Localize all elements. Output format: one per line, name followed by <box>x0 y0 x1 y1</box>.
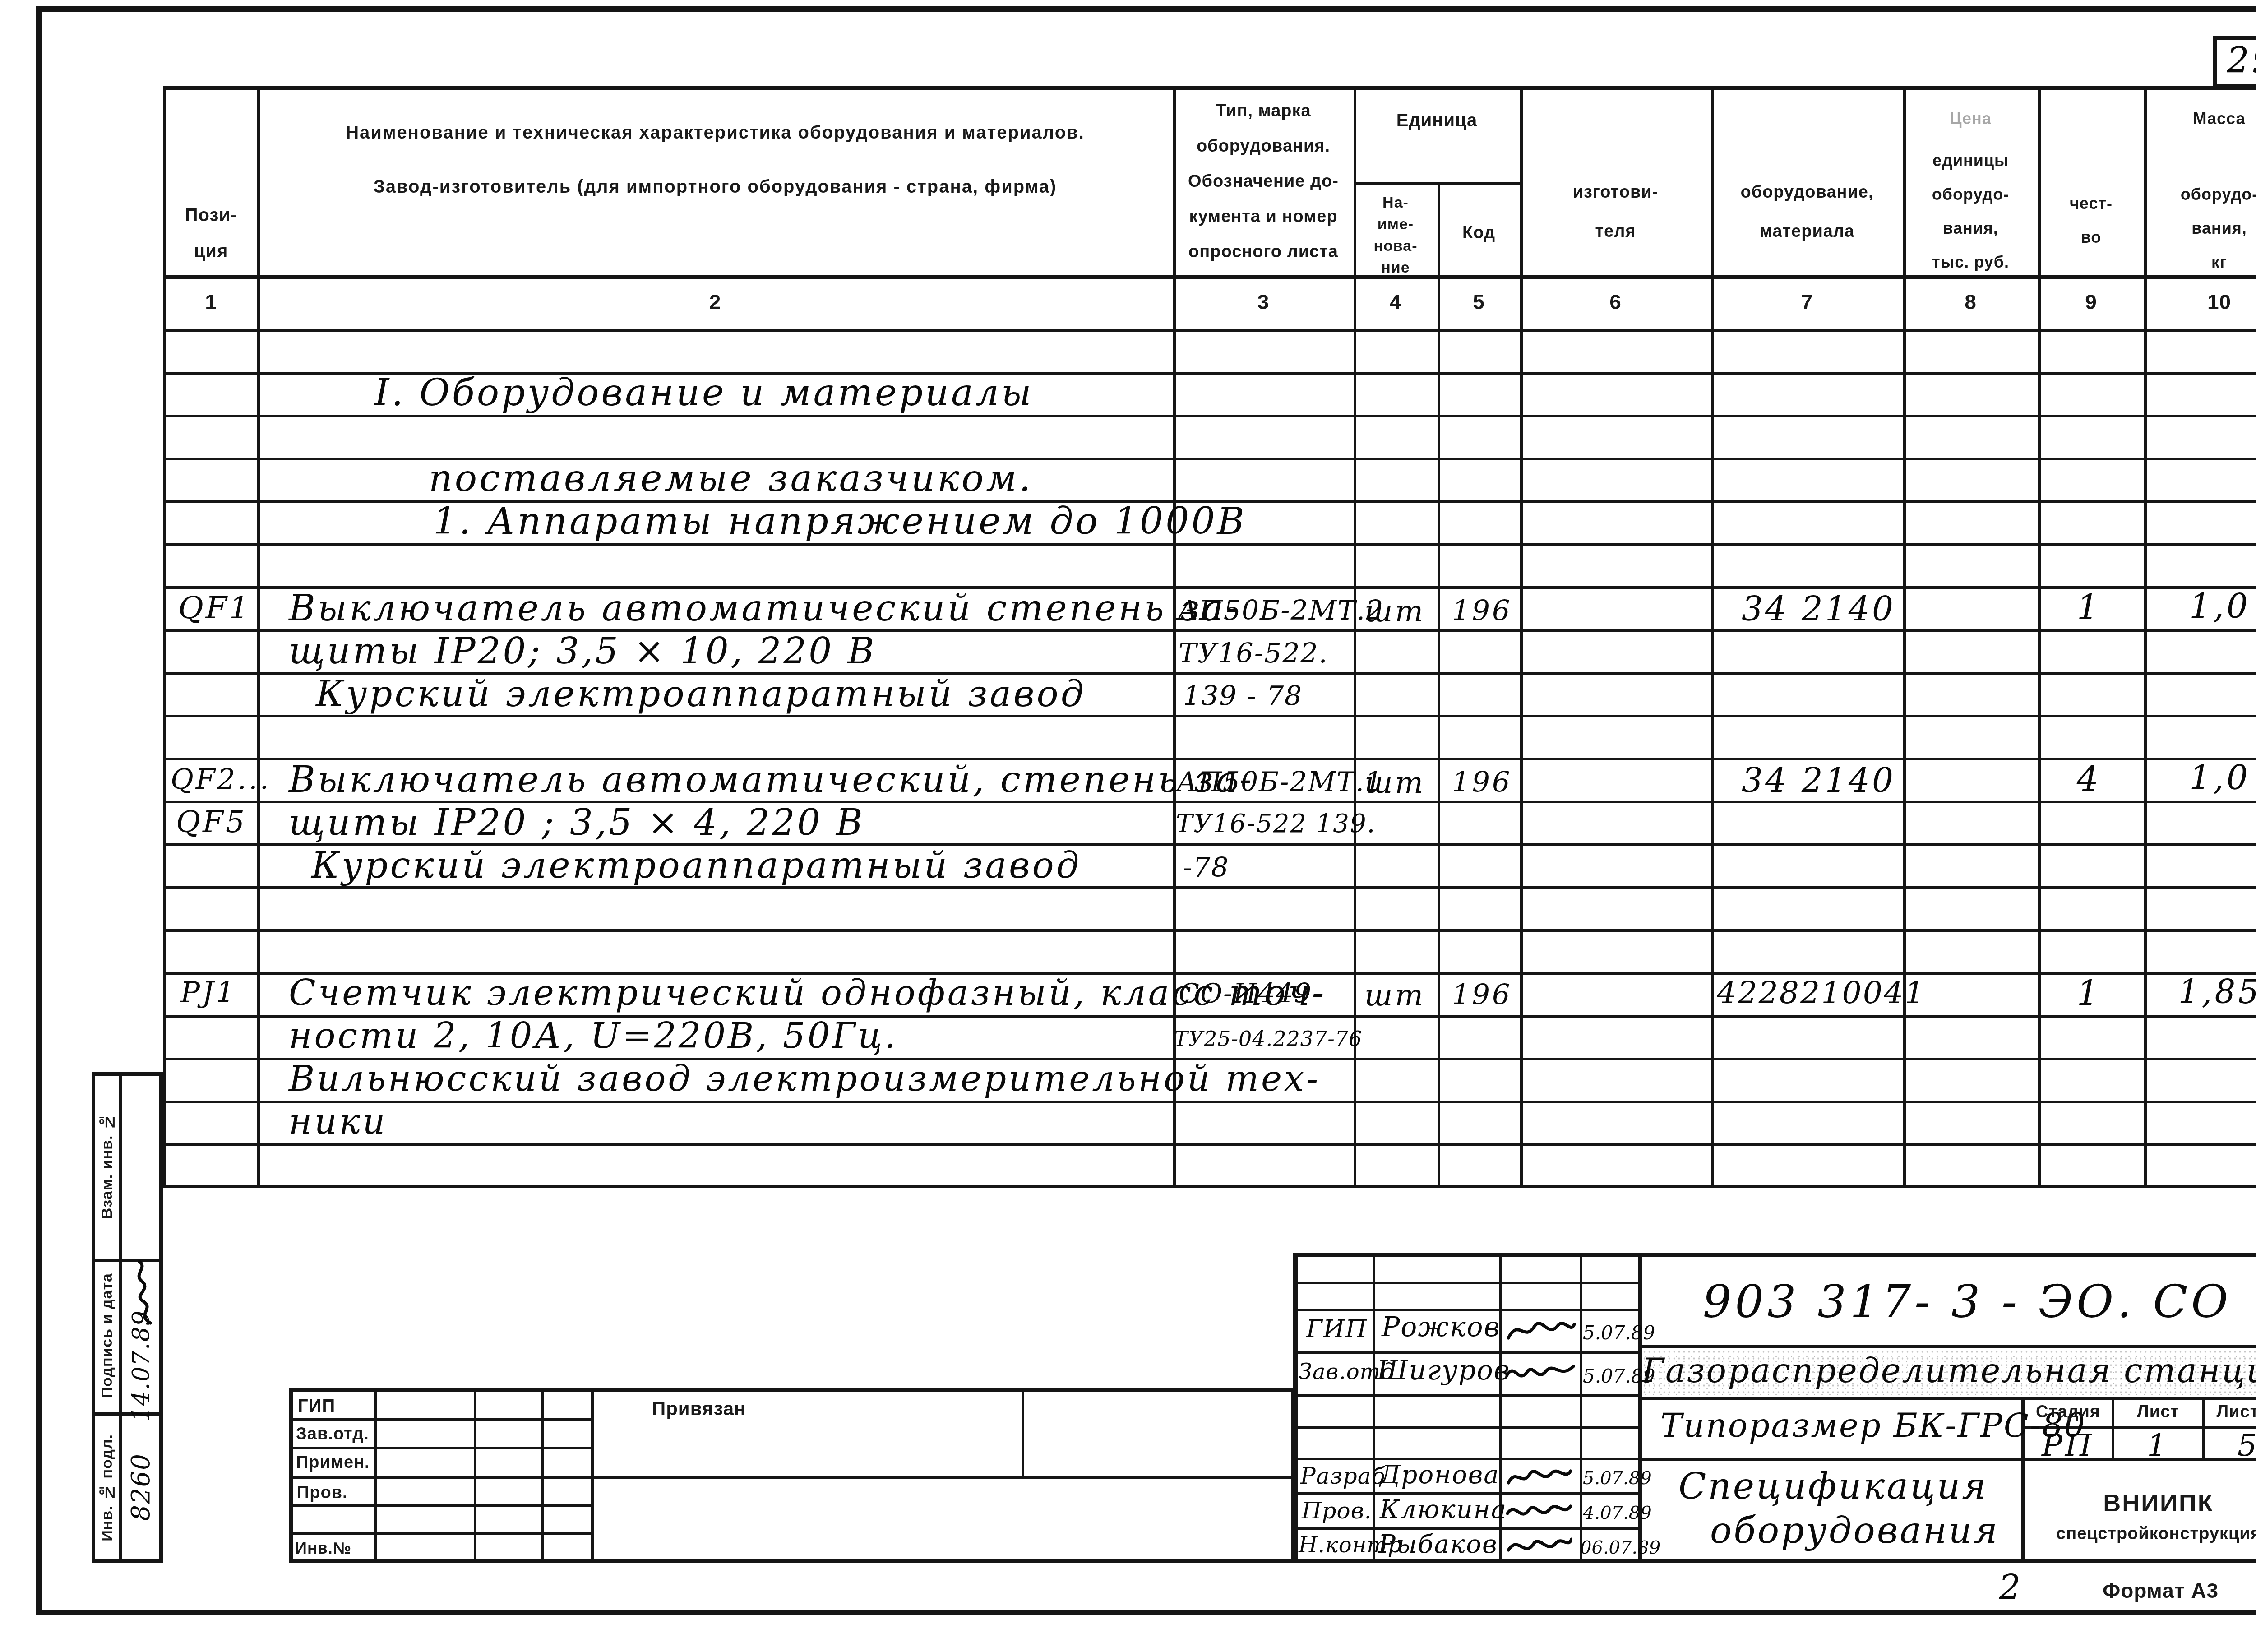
colnum-6: 6 <box>1520 290 1711 314</box>
row-qty: 4 <box>2048 761 2130 797</box>
sidebar-date-value: 14.07.89 <box>122 1322 161 1409</box>
row-code: 196 <box>1452 980 1512 1009</box>
row-code: 196 <box>1452 767 1512 796</box>
row-name-l0: Выключатель автоматический степень за- <box>289 589 1240 627</box>
header-type-l2: Обозначение до- <box>1173 172 1354 191</box>
row-type-l0: АП50Б-2МТ.1 <box>1177 768 1383 796</box>
footer-sheet-number: 2 <box>1999 1569 2023 1606</box>
row-qty: 1 <box>2048 975 2130 1011</box>
header-pos-2: ция <box>165 241 257 262</box>
header-unit-name-l3: ние <box>1354 259 1438 277</box>
header-price-l2: вания, <box>1903 219 2038 238</box>
row-name-l2: Вильнюсский завод электроизмерительной т… <box>289 1061 1320 1098</box>
attach-label-gip: ГИП <box>298 1396 335 1416</box>
row-name-l2: Курский электроаппаратный завод <box>311 847 1081 884</box>
row-type-l0: СО-И449 <box>1179 980 1312 1008</box>
header-qty-l0: чест- <box>2038 194 2144 213</box>
section-title-1b: поставляемые заказчиком. <box>429 459 1033 498</box>
header-name-line2: Завод-изготовитель (для импортного обору… <box>257 177 1173 197</box>
attach-label-inv: Инв.№ <box>295 1539 351 1558</box>
sig-name-gip: Рожков <box>1382 1313 1501 1342</box>
row-type-l1: ТУ25-04.2237-76 <box>1174 1028 1362 1050</box>
sig-role-prov: Пров. <box>1302 1499 1372 1523</box>
sig-date-razrab: 5.07.89 <box>1583 1469 1652 1488</box>
row-equip-code: 34 2140 <box>1742 764 1895 799</box>
doc-title-line2: оборудования <box>1710 1512 1999 1550</box>
object-name: Газораспределительная станция <box>1642 1354 2256 1389</box>
header-mass-l2: кг <box>2144 253 2256 272</box>
specification-sheet: 29 Пози- ция Наименование и техническая … <box>0 0 2256 1652</box>
row-name-l0: Выключатель автоматический, степень за- <box>289 761 1254 799</box>
row-qty: 1 <box>2048 589 2130 625</box>
row-unit: шт <box>1364 767 1425 798</box>
stage-label: Стадия <box>2025 1402 2112 1422</box>
sidebar-label-inv: Инв. № подл. <box>95 1416 119 1560</box>
row-type-l1: ТУ16-522. <box>1179 639 1328 668</box>
org-name-line2: спецстройконструкция <box>2025 1524 2256 1544</box>
row-unit: шт <box>1364 596 1425 627</box>
row-type-l2: 139 - 78 <box>1183 682 1303 711</box>
colnum-2: 2 <box>257 290 1173 314</box>
header-type-l1: оборудования. <box>1173 137 1354 156</box>
header-mass-top: Масса <box>2144 109 2256 128</box>
row-code: 196 <box>1452 596 1512 625</box>
signature-icon <box>1505 1533 1572 1560</box>
signature-icon <box>1505 1358 1577 1390</box>
row-pos: QF1 <box>178 592 251 624</box>
section-subtitle-1: 1. Аппараты напряжением до 1000В <box>433 502 1247 541</box>
row-type-l0: АП50Б-2МТ.2 <box>1178 597 1384 625</box>
row-mass: 1,85 <box>2157 975 2256 1009</box>
header-price-top: Цена <box>1903 109 2038 128</box>
colnum-1: 1 <box>165 290 257 314</box>
stage-value: РП <box>2025 1430 2112 1462</box>
attach-label-zavotd: Зав.отд. <box>296 1425 369 1444</box>
row-pos: QF2... <box>171 764 271 794</box>
sig-date-nkontr: 06.07.89 <box>1580 1538 1660 1557</box>
header-qty-l1: во <box>2038 228 2144 247</box>
header-price-l0: единицы <box>1903 151 2038 170</box>
header-unit-name-l1: име- <box>1354 216 1438 233</box>
attach-note: Привязан <box>652 1398 746 1420</box>
sig-date-prov: 4.07.89 <box>1583 1504 1652 1522</box>
row-name-l1: щиты IP20; 3,5 × 10, 220 В <box>289 632 876 670</box>
row-name-l1: ности 2, 10А, U=220В, 50Гц. <box>289 1018 898 1055</box>
row-name-l1: щиты IP20 ; 3,5 × 4, 220 В <box>289 804 865 842</box>
header-type-l4: опросного листа <box>1173 242 1354 262</box>
row-mass: 1,0 <box>2161 589 2256 625</box>
signature-icon <box>1505 1464 1572 1491</box>
sig-role-gip: ГИП <box>1306 1317 1368 1342</box>
row-mass: 1,0 <box>2161 761 2256 796</box>
sheet-value: 1 <box>2114 1430 2202 1462</box>
signature-icon <box>1505 1498 1572 1525</box>
colnum-5: 5 <box>1438 290 1520 314</box>
sig-name-razrab: Дронова <box>1380 1462 1500 1489</box>
sig-role-razrab: Разраб <box>1300 1464 1386 1488</box>
header-equip-l0: оборудование, <box>1711 183 1903 202</box>
row-name-l0: Счетчик электрический однофазный, класс … <box>289 975 1326 1012</box>
colnum-4: 4 <box>1354 290 1438 314</box>
signature-icon <box>1505 1315 1577 1347</box>
header-type-l0: Тип, марка <box>1173 102 1354 121</box>
header-mass-l1: вания, <box>2144 219 2256 238</box>
sig-name-prov: Клюкина <box>1380 1497 1507 1523</box>
row-name-l2: Курский электроаппаратный завод <box>316 675 1086 713</box>
row-type-l1: ТУ16-522 139. <box>1176 811 1376 838</box>
colnum-10: 10 <box>2144 290 2256 314</box>
attach-label-prov: Пров. <box>297 1483 348 1503</box>
row-equip-code: 4228210041 <box>1717 977 1926 1009</box>
row-equip-code: 34 2140 <box>1742 592 1895 627</box>
header-equip-l1: материала <box>1711 222 1903 241</box>
sheet-label: Лист <box>2114 1402 2202 1422</box>
row-pos: РJ1 <box>180 978 236 1008</box>
header-mass-l0: оборудо- <box>2144 185 2256 204</box>
section-title-1: I. Оборудование и материалы <box>374 374 1034 412</box>
page-number: 29 <box>2213 43 2256 80</box>
sidebar-label-vzam: Взам. инв. № <box>95 1076 119 1256</box>
attach-label-primen: Примен. <box>296 1453 370 1472</box>
format-label: Формат А3 <box>2103 1578 2219 1603</box>
sig-name-nkontr: Рыбаков <box>1378 1532 1498 1558</box>
header-price-l3: тыс. руб. <box>1903 253 2038 272</box>
sheets-label: Листов <box>2205 1402 2256 1422</box>
doc-title-line1: Спецификация <box>1678 1467 1988 1505</box>
sig-name-zavotd: Шигуров <box>1377 1356 1511 1385</box>
row-name-l3: ники <box>289 1104 387 1141</box>
header-unit-code: Код <box>1438 223 1520 243</box>
header-unit-group: Единица <box>1354 111 1520 131</box>
colnum-3: 3 <box>1173 290 1354 314</box>
doc-number: 903 317- 3 - ЭО. СО <box>1642 1278 2256 1325</box>
header-pos: Пози- <box>165 205 257 226</box>
sidebar-inventory-number: 8260 <box>122 1426 161 1548</box>
colnum-8: 8 <box>1903 290 2038 314</box>
header-name-line1: Наименование и техническая характеристик… <box>257 123 1173 143</box>
signature-icon <box>132 1259 159 1327</box>
header-unit-name-l0: На- <box>1354 194 1438 212</box>
header-price-l1: оборудо- <box>1903 185 2038 204</box>
sheets-value: 5 <box>2205 1430 2256 1462</box>
header-unit-name-l2: нова- <box>1354 237 1438 255</box>
type-size: Типоразмер БК-ГРС-80 <box>1660 1409 2086 1443</box>
org-name-line1: ВНИИПК <box>2025 1489 2256 1517</box>
sig-date-zavotd: 5.07.89 <box>1583 1366 1655 1386</box>
row-type-l2: -78 <box>1183 854 1230 882</box>
colnum-7: 7 <box>1711 290 1903 314</box>
header-maker-l1: теля <box>1520 222 1711 241</box>
row-unit: шт <box>1364 980 1425 1011</box>
sidebar-label-podpis: Подпись и дата <box>95 1262 119 1409</box>
row-pos-2: QF5 <box>176 806 247 838</box>
header-type-l3: кумента и номер <box>1173 207 1354 227</box>
colnum-9: 9 <box>2038 290 2144 314</box>
sig-date-gip: 5.07.89 <box>1583 1323 1655 1343</box>
header-maker-l0: изготови- <box>1520 183 1711 202</box>
